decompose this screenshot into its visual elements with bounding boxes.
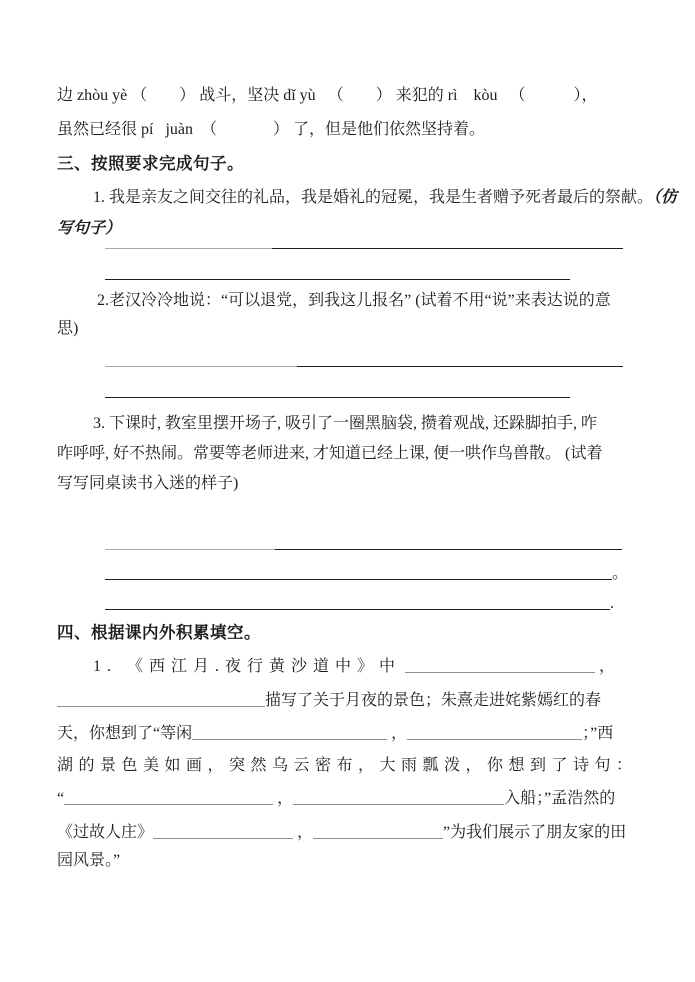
text-run: 1. 我是亲友之间交往的礼品，我是婚礼的冠冕，我是生者赠予死者最后的祭献。 [93,189,653,206]
answer-blank-line [272,234,623,249]
text-run: ”为我们展示了朋友家的田 [443,824,626,841]
answer-blank-line [105,265,570,280]
answer-blank-line [297,352,623,367]
text-run: 园风景。” [57,852,120,869]
s4-line2: 描写了关于月夜的景色；朱熹走进姹紫嫣红的春 [57,690,638,712]
heading-text: 四、根据课内外积累填空。 [57,624,261,642]
text-run: 《过故人庄》 [57,824,153,841]
fill-blank-line [57,692,265,707]
text-run: ， [277,790,293,807]
section4-heading: 四、根据课内外积累填空。 [57,622,638,644]
q2-answer-row-2 [57,381,638,403]
text-run: 边 zhòu yè [57,87,131,104]
q3-answer-row-3: . [57,593,638,615]
text-run: 2.老汉冷冷地说：“可以退党，到我这儿报名” (试着不用“说”来表达说的意 [97,292,611,309]
text-run: 描写了关于月夜的景色；朱熹走进姹紫嫣红的春 [265,692,601,709]
q1-answer-row-1 [57,232,638,254]
answer-blank-line [275,535,622,550]
q3-sentence-line2: 咋呼呼, 好不热闹。常要等老师进来, 才知道已经上课, 便一哄作鸟兽散。 (试着 [57,443,638,465]
pinyin-answer-blank: （ ） [328,87,392,104]
worksheet-page: 边 zhòu yè （ ） 战斗，坚决 dǐ yù （ ） 来犯的 rì kòu… [0,0,695,982]
pinyin-line-2: 虽然已经很 pí juàn （ ） 了，但是他们依然坚持着。 [57,119,638,141]
pinyin-answer-blank: （ ） [509,87,581,104]
s4-line4: 湖的景色美如画，突然乌云密布，大雨瓢泼，你想到了诗句： [57,755,638,777]
answer-blank-line [105,565,612,580]
text-run: 了，但是他们依然坚持着。 [289,121,485,138]
text-run: 天，你想到了“等闲 [57,725,192,742]
s4-line6: 《过故人庄》 ，”为我们展示了朋友家的田 [57,822,638,844]
q1-sentence-line1: 1. 我是亲友之间交往的礼品，我是婚礼的冠冕，我是生者赠予死者最后的祭献。（仿 [57,186,638,209]
pinyin-answer-blank: （ ） [131,87,195,104]
q2-answer-row-1 [57,350,638,372]
trailing-period: 。 [612,565,628,582]
fill-blank-line [405,658,595,673]
q2-sentence-line2: 思) [57,318,638,340]
text-run: ， [599,658,615,675]
fill-blank-line [313,824,443,839]
s4-line7: 园风景。” [57,850,638,872]
answer-blank-line [105,595,610,610]
fill-blank-line [64,790,273,805]
q1-instruction-part1: （仿 [653,187,677,206]
text-run: ， [297,824,313,841]
text-run: 战斗，坚决 dǐ yù [195,87,327,104]
q3-sentence-line1: 3. 下课时, 教室里摆开场子, 吸引了一圈黑脑袋, 攒着观战, 还跺脚拍手, … [57,413,638,435]
text-run: ， [582,87,598,104]
q3-answer-row-2: 。 [57,563,638,585]
text-run: “ [57,790,64,807]
text-run: ；”西 [582,725,613,742]
q1-answer-row-2 [57,263,638,285]
fill-blank-line [192,725,387,740]
answer-blank-line [105,535,275,550]
trailing-period: . [610,595,614,612]
pinyin-answer-blank: （ ） [201,121,289,138]
fill-blank-line [407,725,582,740]
answer-blank-line [105,352,297,367]
s4-line5: “ ，入船；”孟浩然的 [57,788,638,810]
text-run: 湖的景色美如画，突然乌云密布，大雨瓢泼，你想到了诗句： [57,757,638,774]
text-run: 思) [57,320,78,337]
fill-blank-line [293,790,504,805]
text-run: ， [391,725,407,742]
q3-sentence-line3: 写写同桌读书入迷的样子) [57,473,638,495]
pinyin-line-1: 边 zhòu yè （ ） 战斗，坚决 dǐ yù （ ） 来犯的 rì kòu… [57,85,638,107]
q3-answer-row-1 [57,533,638,555]
text-run: 入船；”孟浩然的 [504,790,615,807]
text-run: 来犯的 rì kòu [392,87,510,104]
heading-text: 三、按照要求完成句子。 [57,155,244,173]
q2-sentence-line1: 2.老汉冷冷地说：“可以退党，到我这儿报名” (试着不用“说”来表达说的意 [57,290,638,312]
text-run: 虽然已经很 pí juàn [57,121,201,138]
s4-line1: 1. 《西江月.夜行黄沙道中》中 ， [57,656,638,678]
text-run: 咋呼呼, 好不热闹。常要等老师进来, 才知道已经上课, 便一哄作鸟兽散。 (试着 [57,445,602,462]
fill-blank-line [153,824,293,839]
answer-blank-line [105,383,570,398]
section3-heading: 三、按照要求完成句子。 [57,153,638,175]
text-run: 1. 《西江月.夜行黄沙道中》中 [93,658,401,675]
s4-line3: 天，你想到了“等闲 ，；”西 [57,723,638,745]
text-run: 3. 下课时, 教室里摆开场子, 吸引了一圈黑脑袋, 攒着观战, 还跺脚拍手, … [93,415,597,432]
text-run: 写写同桌读书入迷的样子) [57,475,238,492]
answer-blank-line [105,234,272,249]
